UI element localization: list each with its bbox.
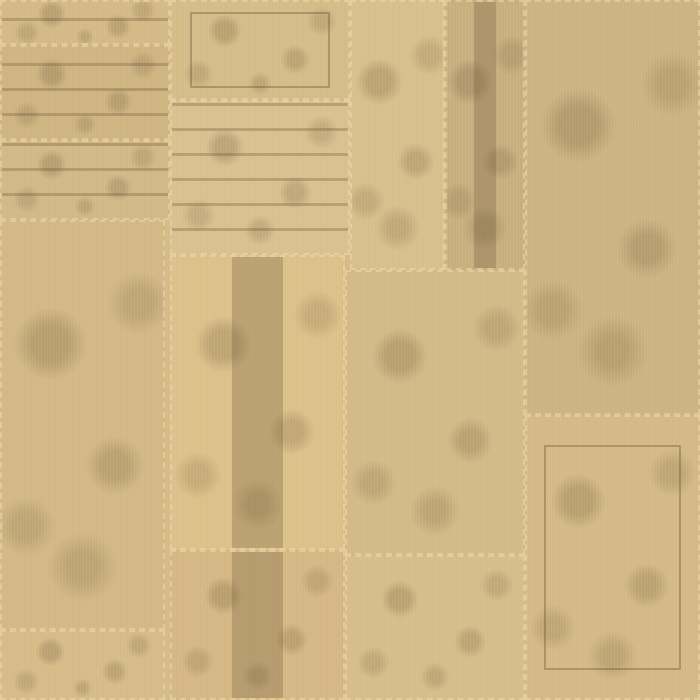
rug-patch-p4: [0, 220, 165, 630]
rug-patch-p6: [170, 0, 350, 100]
rug-patch-p15: [525, 415, 700, 700]
rug-patch-p9: [170, 550, 345, 700]
rug-patch-p11: [445, 0, 525, 270]
rug-patch-p14: [525, 0, 700, 415]
rug-patch-p1: [0, 0, 170, 45]
rug-patch-p10: [350, 0, 445, 270]
rug-patch-p13: [345, 555, 525, 700]
rug-patch-p8: [170, 255, 345, 550]
rug-patch-p7: [170, 100, 350, 255]
rug-patch-p2: [0, 45, 170, 140]
rug-patch-p3: [0, 140, 170, 220]
patchwork-rug-image: [0, 0, 700, 700]
rug-patch-p12: [345, 270, 525, 555]
rug-patch-p5: [0, 630, 165, 700]
